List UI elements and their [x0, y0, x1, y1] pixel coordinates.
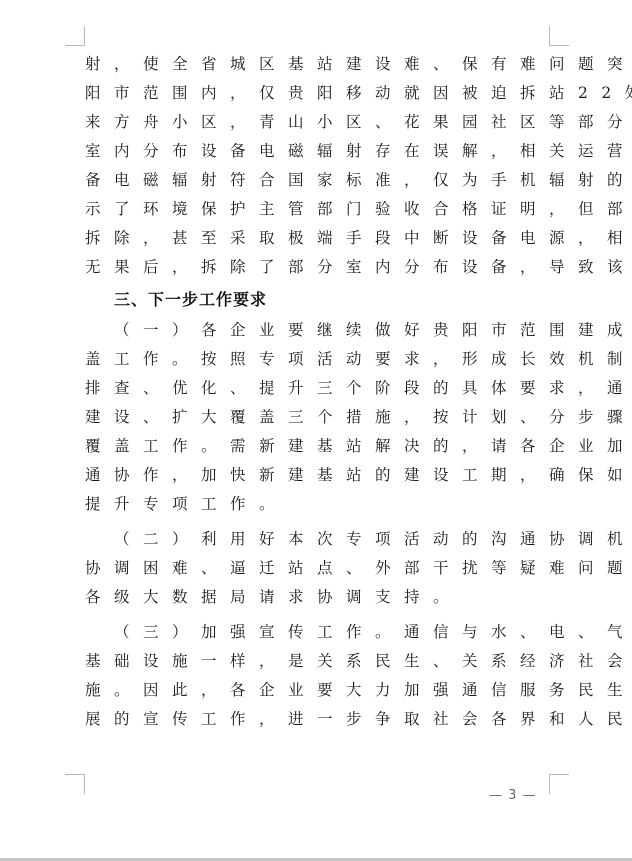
text-line: 盖工作。按照专项活动要求，形成长效机制，按照实施方案中 [85, 345, 549, 374]
crop-mark-top-right [549, 26, 569, 46]
paragraph-continuation: 射，使全省城区基站建设难、保有难问题突出。近两年来在贵 阳市范围内，仅贵阳移动就… [85, 50, 549, 282]
text-line: 示了环境保护主管部门验收合格证明，但部分业主仍坚持要求 [85, 195, 549, 224]
text-line: 协调困难、逼迁站点、外部干扰等疑难问题及站点清单，报送 [85, 554, 549, 583]
text-line: 备电磁辐射符合国家标准，仅为手机辐射的十分之一，同时出 [85, 166, 549, 195]
document-body: 射，使全省城区基站建设难、保有难问题突出。近两年来在贵 阳市范围内，仅贵阳移动就… [85, 50, 549, 734]
text-line: （二）利用好本次专项活动的沟通协调机制。各企业梳理 [85, 525, 549, 554]
text-line: 覆盖工作。需新建基站解决的，请各企业加强与铁塔公司的沟 [85, 432, 549, 461]
text-line: 拆除，甚至采取极端手段中断设备电源，相关运营商协调解释 [85, 224, 549, 253]
text-line: 排查、优化、提升三个阶段的具体要求，通过优化网络、加快 [85, 374, 549, 403]
text-line: 建设、扩大覆盖三个措施，按计划、分步骤地解决盲点、盲区 [85, 403, 549, 432]
text-line: 室内分布设备电磁辐射存在误解，相关运营商多次宣传解释设 [85, 137, 549, 166]
paragraph-item-3: （三）加强宣传工作。通信与水、电、气、公路、铁路等 基础设施一样，是关系民生、关… [85, 618, 549, 734]
text-line: 无果后，拆除了部分室内分布设备，导致该区域信号较弱。 [85, 253, 549, 282]
text-line: （一）各企业要继续做好贵阳市范围建成区移动网络全覆 [85, 316, 549, 345]
section-heading: 三、下一步工作要求 [85, 284, 549, 316]
crop-mark-bottom-left [65, 774, 85, 794]
crop-mark-bottom-right [549, 774, 569, 794]
paragraph-item-1: （一）各企业要继续做好贵阳市范围建成区移动网络全覆 盖工作。按照专项活动要求，形… [85, 316, 549, 519]
paragraph-item-2: （二）利用好本次专项活动的沟通协调机制。各企业梳理 协调困难、逼迁站点、外部干扰… [85, 525, 549, 612]
crop-mark-top-left [65, 26, 85, 46]
text-line: 阳市范围内，仅贵阳移动就因被迫拆站22处。例如在贵阳市未 [85, 79, 549, 108]
text-line: 施。因此，各企业要大力加强通信服务民生、服务经济社会发 [85, 676, 549, 705]
text-line: 射，使全省城区基站建设难、保有难问题突出。近两年来在贵 [85, 50, 549, 79]
text-line: 提升专项工作。 [85, 490, 549, 519]
document-page: 射，使全省城区基站建设难、保有难问题突出。近两年来在贵 阳市范围内，仅贵阳移动就… [0, 0, 632, 858]
page-number: — 3 — [489, 788, 537, 803]
text-line: 各级大数据局请求协调支持。 [85, 583, 549, 612]
text-line: 通协作，加快新建基站的建设工期，确保如期完成网络质量大 [85, 461, 549, 490]
text-line: 来方舟小区，青山小区、花果园社区等部分业主对小区内基站、 [85, 108, 549, 137]
text-line: （三）加强宣传工作。通信与水、电、气、公路、铁路等 [85, 618, 549, 647]
text-line: 基础设施一样，是关系民生、关系经济社会发展的重要基础设 [85, 647, 549, 676]
text-line: 展的宣传工作，进一步争取社会各界和人民群众对通信建设的 [85, 705, 549, 734]
